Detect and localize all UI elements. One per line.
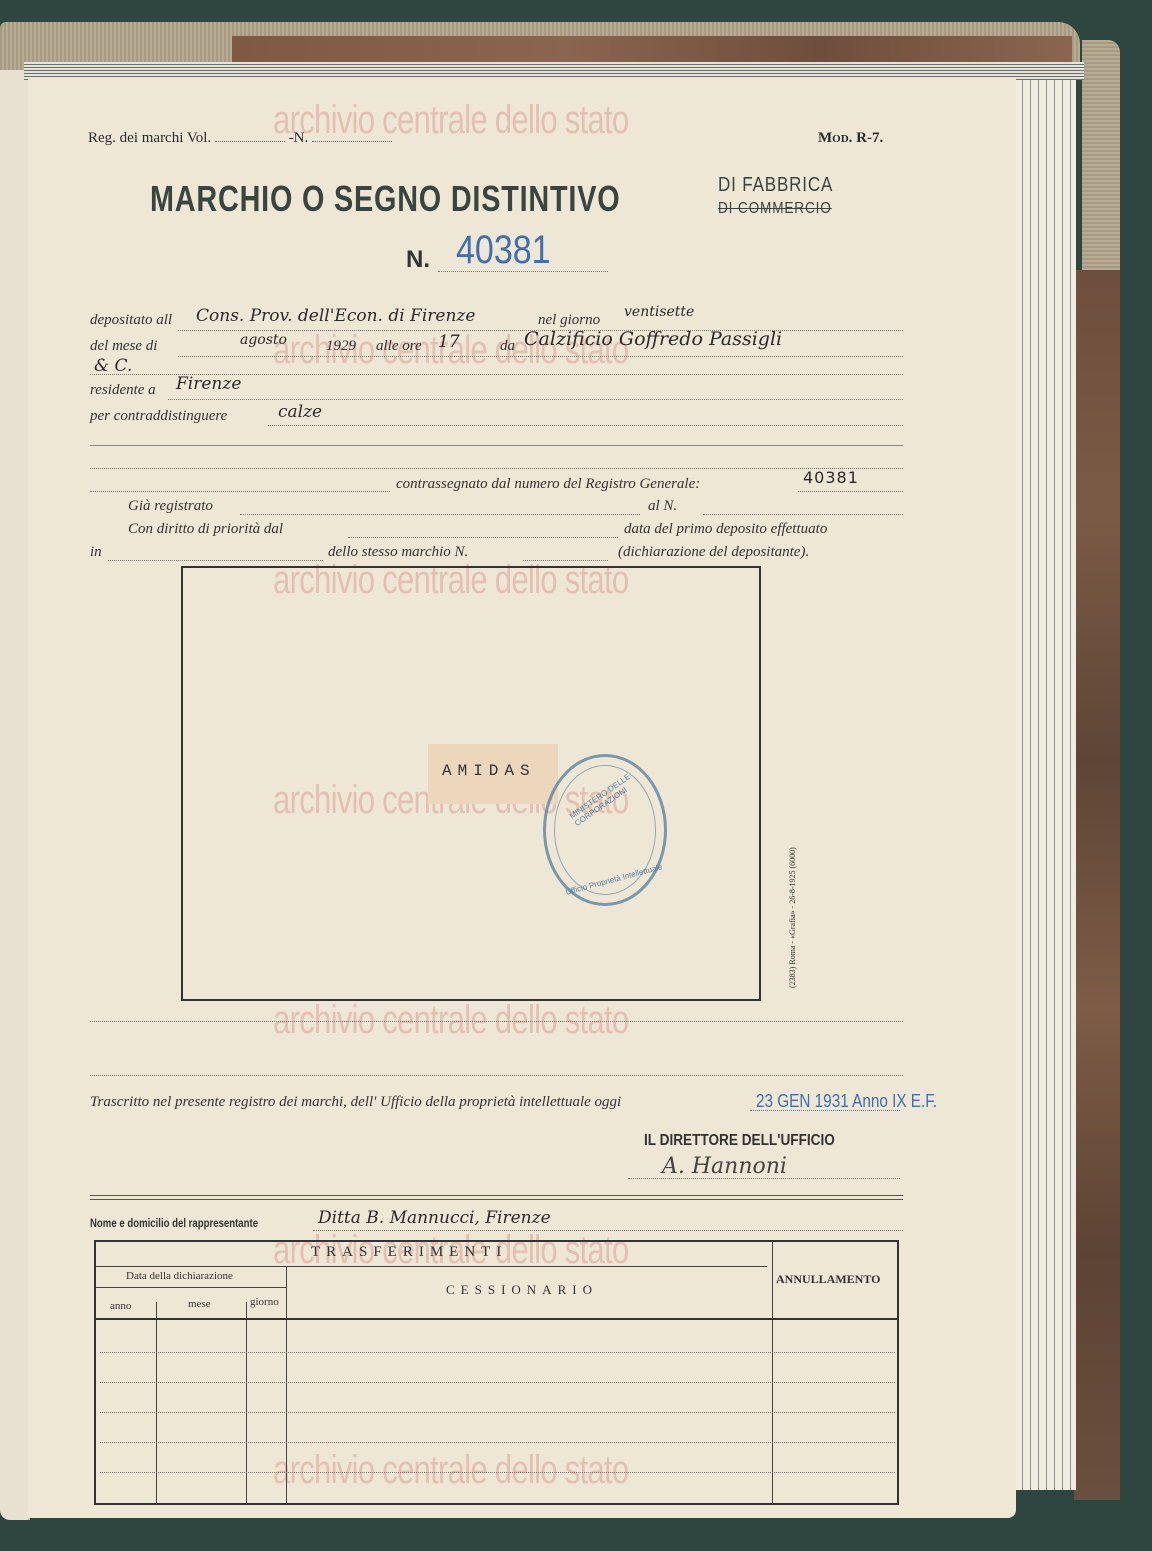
col-divider: [772, 1242, 773, 1503]
row-divider: [96, 1266, 767, 1267]
col-annullamento: ANNULLAMENTO: [776, 1272, 880, 1287]
director-signature: A. Hannoni: [662, 1154, 787, 1179]
first-deposit-label: data del primo deposito effettuato: [624, 521, 827, 538]
dotted-line: [178, 356, 903, 357]
dotted-line: [90, 491, 390, 492]
header-divider: [96, 1318, 897, 1320]
deposited-at-value: Cons. Prov. dell'Econ. di Firenze: [196, 306, 475, 326]
table-row: [100, 1472, 895, 1473]
priority-blank: [348, 537, 618, 538]
month-label: del mese di: [90, 338, 157, 355]
hour-label: alle ore: [376, 338, 422, 355]
date-group-header: Data della dichiarazione: [126, 1270, 233, 1282]
trademark-name: AMIDAS: [442, 762, 536, 780]
register-label: Reg. dei marchi Vol.: [88, 130, 211, 146]
resident-label: residente a: [90, 382, 156, 399]
priority-label: Con diritto di priorità dal: [128, 521, 283, 538]
col-cessionario: CESSIONARIO: [446, 1282, 598, 1298]
printer-note: (2383) Roma - «Grafia» - 26-8-1925 (6000…: [788, 847, 797, 988]
director-label: IL DIRETTORE DELL'UFFICIO: [644, 1132, 835, 1150]
dotted-line: [313, 1230, 903, 1231]
resident-value: Firenze: [176, 374, 241, 394]
dotted-line: [628, 1178, 900, 1179]
al-n-label: al N.: [648, 498, 677, 515]
dotted-line: [90, 1075, 903, 1076]
already-registered-blank: [240, 514, 640, 515]
table-row: [100, 1412, 895, 1413]
transcription-label: Trascritto nel presente registro dei mar…: [90, 1094, 621, 1111]
trademark-label: AMIDAS: [428, 744, 558, 804]
day-label: nel giorno: [538, 312, 600, 329]
page-stack-right: [1010, 80, 1076, 1490]
registry-label: contrassegnato dal numero del Registro G…: [396, 476, 700, 493]
number-prefix: N.: [406, 246, 430, 274]
year-value: 1929: [326, 338, 356, 355]
page-title: MARCHIO O SEGNO DISTINTIVO: [150, 178, 620, 220]
table-row: [100, 1442, 895, 1443]
representative-label: Nome e domicilio del rappresentante: [90, 1216, 258, 1230]
distinguish-label: per contraddistinguere: [90, 408, 227, 425]
binding-leather-right: [1074, 270, 1120, 1500]
distinguish-value: calze: [278, 402, 322, 422]
dotted-line: [750, 1110, 900, 1111]
depositor-name-cont: & C.: [94, 356, 132, 376]
model-code: Mod. R-7.: [818, 130, 883, 147]
number-line: [438, 271, 608, 272]
month-value: agosto: [240, 332, 287, 348]
col-giorno: giorno: [250, 1296, 279, 1308]
table-row: [100, 1352, 895, 1353]
register-number-blank: [312, 141, 392, 142]
col-anno: anno: [110, 1300, 131, 1312]
dotted-line: [90, 1021, 903, 1022]
table-row: [100, 1382, 895, 1383]
registry-value: 40381: [803, 468, 859, 487]
binding-cloth-right: [1082, 40, 1120, 280]
already-registered-label: Già registrato: [128, 498, 213, 515]
same-mark-blank: [523, 560, 608, 561]
same-mark-label: dello stesso marchio N.: [328, 544, 468, 561]
double-rule: [90, 1199, 903, 1200]
in-label: in: [90, 544, 102, 561]
register-page: archivio centrale dello stato archivio c…: [28, 78, 1016, 1518]
dotted-line: [90, 468, 903, 469]
register-n-label: -N.: [289, 130, 309, 146]
transfers-table: TRASFERIMENTI Data della dichiarazione a…: [94, 1240, 899, 1505]
transcription-date-stamp: 23 GEN 1931 Anno IX E.F.: [756, 1091, 937, 1112]
representative-value: Ditta B. Mannucci, Firenze: [318, 1208, 551, 1228]
day-value: ventisette: [624, 304, 694, 320]
by-label: da: [500, 338, 515, 355]
dotted-line: [268, 425, 903, 426]
dotted-line: [798, 491, 903, 492]
ministry-seal-stamp: MINISTERO DELLE CORPORAZIONI Ufficio Pro…: [543, 754, 667, 906]
col-divider: [286, 1266, 287, 1503]
type-commercio-struck: DI COMMERCIO: [718, 200, 832, 218]
double-rule: [90, 1195, 903, 1196]
register-volume-field: Reg. dei marchi Vol. -N.: [88, 130, 392, 147]
register-volume-blank: [215, 141, 285, 142]
type-fabbrica: DI FABBRICA: [718, 174, 833, 197]
al-n-blank: [703, 514, 903, 515]
rule-line: [90, 445, 903, 446]
declaration-label: (dichiarazione del depositante).: [618, 544, 809, 561]
dotted-line: [168, 399, 903, 400]
in-blank: [108, 560, 323, 561]
deposited-at-label: depositato all: [90, 312, 172, 329]
col-mese: mese: [188, 1298, 211, 1310]
mark-number-stamp: 40381: [456, 228, 551, 273]
row-divider: [96, 1287, 286, 1288]
previous-page-edge: [0, 70, 30, 1520]
hour-value: 17: [438, 332, 460, 352]
depositor-name: Calzificio Goffredo Passigli: [524, 328, 782, 350]
transfers-title: TRASFERIMENTI: [311, 1244, 507, 1261]
